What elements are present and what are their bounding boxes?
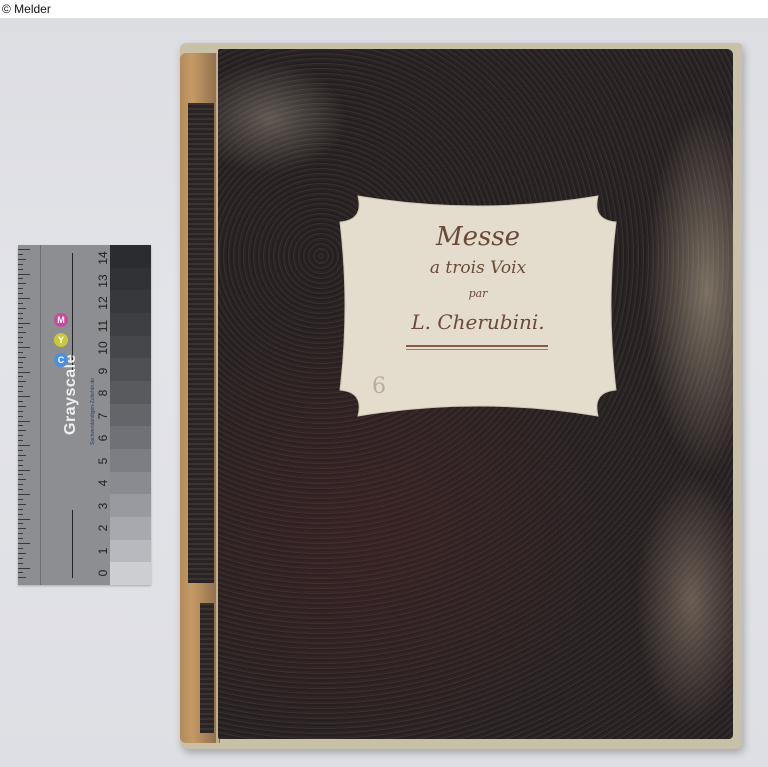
label-title: Messe: [336, 222, 620, 252]
ruler-tick: [18, 450, 23, 451]
scale-number: 14: [96, 249, 110, 267]
ruler-tick: [18, 386, 23, 387]
ruler-tick: [18, 440, 23, 441]
ruler-tick: [18, 323, 30, 324]
ruler-tick: [18, 479, 26, 480]
ruler-tick: [18, 470, 30, 471]
ruler-tick: [18, 499, 23, 500]
ruler-tick: [18, 337, 23, 338]
ruler-tick: [18, 563, 23, 564]
ruler-tick: [18, 396, 30, 397]
label-composer: L. Cherubini.: [336, 310, 620, 334]
ruler-tick: [18, 494, 30, 495]
ruler-tick: [18, 553, 26, 554]
ruler-tick: [18, 269, 23, 270]
scale-number: 1: [96, 542, 110, 560]
gray-patch: [110, 426, 151, 449]
ruler-tick: [18, 352, 23, 353]
gray-patch: [110, 381, 151, 404]
ruler-tick: [18, 362, 23, 363]
scale-number: 9: [96, 362, 110, 380]
ruler-tick: [18, 484, 23, 485]
ruler-tick: [18, 504, 26, 505]
gray-patch: [110, 540, 151, 563]
gray-patch: [110, 245, 151, 268]
gray-patch: [110, 517, 151, 540]
ruler-tick: [18, 391, 23, 392]
gray-patch: [110, 472, 151, 495]
gray-patch: [110, 449, 151, 472]
yellow-dot: Y: [54, 333, 68, 347]
ruler-tick: [18, 421, 30, 422]
ruler-tick: [18, 523, 23, 524]
ruler-tick: [18, 489, 23, 490]
ruler-tick: [18, 572, 23, 573]
scale-number: 5: [96, 452, 110, 470]
ruler-tick: [18, 445, 30, 446]
gray-patch: [110, 358, 151, 381]
ruler-tick: [18, 533, 23, 534]
scale-number: 11: [96, 317, 110, 335]
ruler-tick: [18, 577, 26, 578]
ruler-tick: [18, 435, 23, 436]
ruler-tick: [18, 406, 26, 407]
ruler-tick: [18, 455, 26, 456]
gray-patch: [110, 313, 151, 336]
spine-leather: [188, 103, 214, 213]
magenta-dot: M: [54, 313, 68, 327]
ruler-tick: [18, 327, 23, 328]
ruler-tick: [18, 274, 30, 275]
copyright-caption: © Melder: [2, 1, 51, 17]
ruler-tick: [18, 465, 23, 466]
ruler-tick: [18, 283, 26, 284]
divider-line: [72, 510, 73, 578]
ruler-tick: [18, 430, 26, 431]
scale-number: 2: [96, 519, 110, 537]
gray-patch: [110, 494, 151, 517]
scale-number: 8: [96, 384, 110, 402]
ruler-tick: [18, 303, 23, 304]
cyan-dot: C: [54, 353, 68, 367]
ruler-tick: [18, 514, 23, 515]
spine-leather: [200, 603, 214, 733]
ruler-tick: [18, 357, 26, 358]
ruler-tick: [18, 332, 26, 333]
ruler-tick: [18, 543, 30, 544]
scale-number: 0: [96, 564, 110, 582]
ruler-tick: [18, 401, 23, 402]
ruler-tick: [18, 254, 23, 255]
ruler-tick: [18, 313, 23, 314]
ruler-tick: [18, 372, 30, 373]
ruler-tick: [18, 568, 30, 569]
scale-number: 12: [96, 294, 110, 312]
ruler-tick: [18, 548, 23, 549]
ruler-tick: [18, 293, 23, 294]
ruler-tick: [18, 347, 30, 348]
ruler-tick: [18, 558, 23, 559]
title-label: Messe a trois Voix par L. Cherubini. 6: [336, 192, 620, 420]
spine-leather: [188, 213, 214, 583]
ruler-tick: [18, 278, 23, 279]
gray-patch: [110, 404, 151, 427]
ruler-tick: [18, 528, 26, 529]
scale-number: 3: [96, 497, 110, 515]
pencil-mark: 6: [372, 374, 386, 399]
gray-patch: [110, 268, 151, 291]
label-par: par: [336, 287, 620, 300]
ruler-tick: [18, 376, 23, 377]
color-reference-card: Grayscale C Y M Sachverständigen-Zubehör…: [18, 245, 151, 585]
photograph: Grayscale C Y M Sachverständigen-Zubehör…: [0, 18, 768, 767]
ruler-tick: [18, 416, 23, 417]
label-subtitle: a trois Voix: [336, 258, 620, 278]
ruler-tick: [18, 367, 23, 368]
scale-number: 4: [96, 474, 110, 492]
ruler-tick: [18, 318, 23, 319]
scale-number: 6: [96, 429, 110, 447]
ruler: [18, 245, 41, 585]
ruler-tick: [18, 474, 23, 475]
gray-patch: [110, 562, 151, 585]
scale-number: 7: [96, 407, 110, 425]
ruler-tick: [18, 308, 26, 309]
ruler-tick: [18, 288, 23, 289]
label-underline: [406, 349, 548, 350]
ruler-tick: [18, 519, 30, 520]
label-underline: [406, 345, 548, 347]
scale-number: 13: [96, 272, 110, 290]
ruler-tick: [18, 509, 23, 510]
ruler-tick: [18, 264, 23, 265]
ruler-tick: [18, 381, 26, 382]
ruler-tick: [18, 460, 23, 461]
ruler-tick: [18, 538, 23, 539]
scale-number: 10: [96, 339, 110, 357]
grayscale-label: Grayscale: [62, 354, 80, 435]
gray-patches: [110, 245, 151, 585]
ruler-tick: [18, 342, 23, 343]
ruler-tick: [18, 425, 23, 426]
gray-patch: [110, 290, 151, 313]
ruler-tick: [18, 411, 23, 412]
ruler-tick: [18, 249, 30, 250]
ruler-tick: [18, 298, 30, 299]
ruler-tick: [18, 259, 26, 260]
gray-patch: [110, 336, 151, 359]
